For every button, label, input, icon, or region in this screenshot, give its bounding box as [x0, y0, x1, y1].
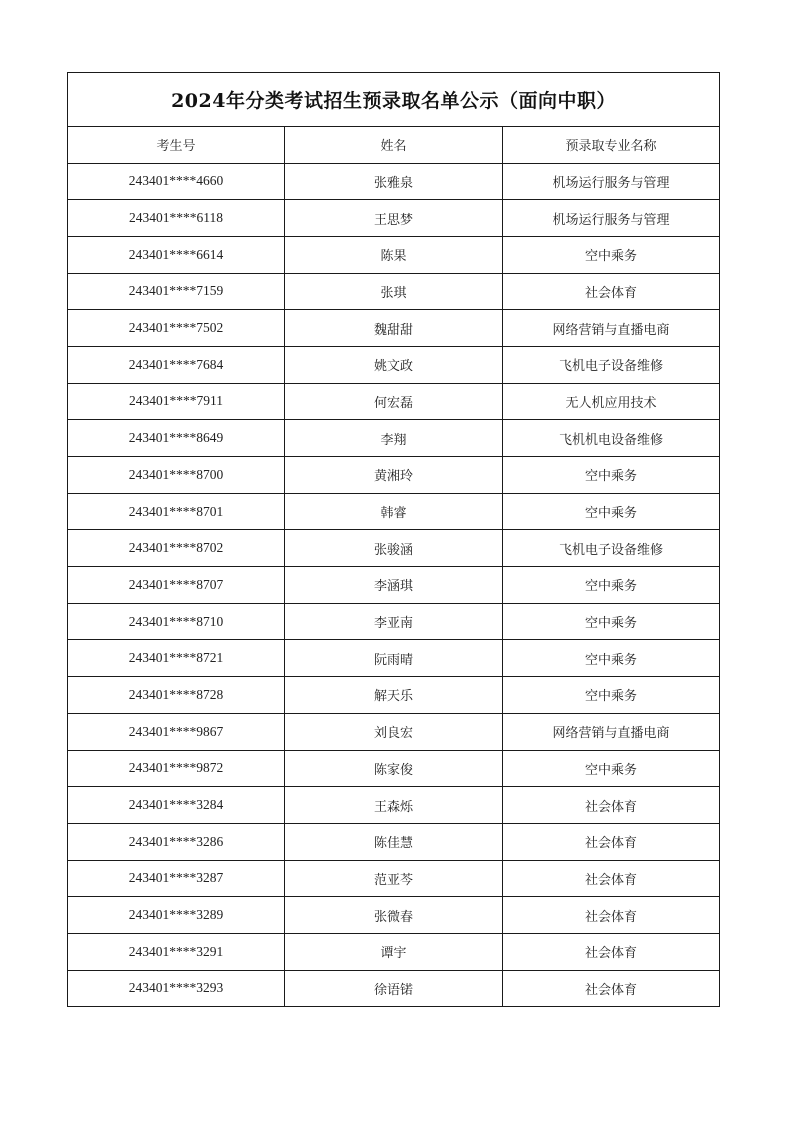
- table-row: 243401****8701韩睿空中乘务: [68, 493, 720, 530]
- student-name-cell: 李翔: [285, 420, 503, 457]
- student-name-cell: 阮雨晴: [285, 640, 503, 677]
- student-name-cell: 谭宇: [285, 933, 503, 970]
- table-row: 243401****8710李亚南空中乘务: [68, 603, 720, 640]
- major-cell: 空中乘务: [503, 493, 720, 530]
- major-cell: 网络营销与直播电商: [503, 713, 720, 750]
- exam-number-cell: 243401****3284: [68, 787, 285, 824]
- student-name-cell: 陈佳慧: [285, 823, 503, 860]
- major-cell: 社会体育: [503, 787, 720, 824]
- major-cell: 社会体育: [503, 970, 720, 1007]
- student-name-cell: 王思梦: [285, 200, 503, 237]
- exam-number-cell: 243401****7684: [68, 346, 285, 383]
- student-name-cell: 张骏涵: [285, 530, 503, 567]
- exam-number-cell: 243401****8721: [68, 640, 285, 677]
- major-cell: 空中乘务: [503, 750, 720, 787]
- student-name-cell: 黄湘玲: [285, 457, 503, 494]
- major-cell: 社会体育: [503, 860, 720, 897]
- student-name-cell: 李涵琪: [285, 567, 503, 604]
- exam-number-cell: 243401****7911: [68, 383, 285, 420]
- student-name-cell: 李亚南: [285, 603, 503, 640]
- major-cell: 网络营销与直播电商: [503, 310, 720, 347]
- exam-number-cell: 243401****8701: [68, 493, 285, 530]
- table-row: 243401****7159张琪社会体育: [68, 273, 720, 310]
- document-title: 2024年分类考试招生预录取名单公示（面向中职）: [68, 73, 720, 127]
- table-row: 243401****3284王森烁社会体育: [68, 787, 720, 824]
- table-row: 243401****6614陈果空中乘务: [68, 236, 720, 273]
- exam-number-cell: 243401****7502: [68, 310, 285, 347]
- major-cell: 空中乘务: [503, 567, 720, 604]
- table-row: 243401****9867刘良宏网络营销与直播电商: [68, 713, 720, 750]
- major-cell: 空中乘务: [503, 236, 720, 273]
- major-cell: 空中乘务: [503, 457, 720, 494]
- exam-number-cell: 243401****6614: [68, 236, 285, 273]
- student-name-cell: 王森烁: [285, 787, 503, 824]
- table-row: 243401****4660张雅泉机场运行服务与管理: [68, 163, 720, 200]
- table-row: 243401****7911何宏磊无人机应用技术: [68, 383, 720, 420]
- table-row: 243401****8721阮雨晴空中乘务: [68, 640, 720, 677]
- exam-number-cell: 243401****3289: [68, 897, 285, 934]
- student-name-cell: 范亚芩: [285, 860, 503, 897]
- student-name-cell: 何宏磊: [285, 383, 503, 420]
- major-cell: 空中乘务: [503, 603, 720, 640]
- exam-number-cell: 243401****3286: [68, 823, 285, 860]
- exam-number-cell: 243401****3291: [68, 933, 285, 970]
- major-cell: 空中乘务: [503, 677, 720, 714]
- student-name-cell: 徐语锘: [285, 970, 503, 1007]
- student-name-cell: 姚文政: [285, 346, 503, 383]
- table-row: 243401****8700黄湘玲空中乘务: [68, 457, 720, 494]
- exam-number-cell: 243401****3287: [68, 860, 285, 897]
- exam-number-cell: 243401****8728: [68, 677, 285, 714]
- student-name-cell: 张琪: [285, 273, 503, 310]
- student-name-cell: 陈果: [285, 236, 503, 273]
- table-row: 243401****3293徐语锘社会体育: [68, 970, 720, 1007]
- column-header-name: 姓名: [285, 127, 503, 164]
- student-name-cell: 解天乐: [285, 677, 503, 714]
- student-name-cell: 陈家俊: [285, 750, 503, 787]
- admission-table: 2024年分类考试招生预录取名单公示（面向中职） 考生号 姓名 预录取专业名称 …: [67, 72, 720, 1007]
- major-cell: 机场运行服务与管理: [503, 163, 720, 200]
- exam-number-cell: 243401****6118: [68, 200, 285, 237]
- exam-number-cell: 243401****3293: [68, 970, 285, 1007]
- major-cell: 空中乘务: [503, 640, 720, 677]
- major-cell: 社会体育: [503, 823, 720, 860]
- table-row: 243401****3286陈佳慧社会体育: [68, 823, 720, 860]
- table-row: 243401****9872陈家俊空中乘务: [68, 750, 720, 787]
- table-body: 243401****4660张雅泉机场运行服务与管理243401****6118…: [68, 163, 720, 1007]
- exam-number-cell: 243401****4660: [68, 163, 285, 200]
- exam-number-cell: 243401****8700: [68, 457, 285, 494]
- table-row: 243401****7684姚文政飞机电子设备维修: [68, 346, 720, 383]
- student-name-cell: 韩睿: [285, 493, 503, 530]
- exam-number-cell: 243401****9872: [68, 750, 285, 787]
- major-cell: 社会体育: [503, 897, 720, 934]
- table-row: 243401****8707李涵琪空中乘务: [68, 567, 720, 604]
- major-cell: 飞机机电设备维修: [503, 420, 720, 457]
- major-cell: 社会体育: [503, 273, 720, 310]
- table-row: 243401****6118王思梦机场运行服务与管理: [68, 200, 720, 237]
- student-name-cell: 魏甜甜: [285, 310, 503, 347]
- table-row: 243401****8728解天乐空中乘务: [68, 677, 720, 714]
- student-name-cell: 张雅泉: [285, 163, 503, 200]
- major-cell: 飞机电子设备维修: [503, 346, 720, 383]
- table-row: 243401****8702张骏涵飞机电子设备维修: [68, 530, 720, 567]
- student-name-cell: 张微春: [285, 897, 503, 934]
- exam-number-cell: 243401****7159: [68, 273, 285, 310]
- exam-number-cell: 243401****8710: [68, 603, 285, 640]
- column-header-major: 预录取专业名称: [503, 127, 720, 164]
- table-row: 243401****3289张微春社会体育: [68, 897, 720, 934]
- major-cell: 机场运行服务与管理: [503, 200, 720, 237]
- exam-number-cell: 243401****8702: [68, 530, 285, 567]
- table-row: 243401****8649李翔飞机机电设备维修: [68, 420, 720, 457]
- student-name-cell: 刘良宏: [285, 713, 503, 750]
- exam-number-cell: 243401****8649: [68, 420, 285, 457]
- header-row: 考生号 姓名 预录取专业名称: [68, 127, 720, 164]
- exam-number-cell: 243401****8707: [68, 567, 285, 604]
- major-cell: 社会体育: [503, 933, 720, 970]
- major-cell: 飞机电子设备维修: [503, 530, 720, 567]
- table-row: 243401****7502魏甜甜网络营销与直播电商: [68, 310, 720, 347]
- table-row: 243401****3291谭宇社会体育: [68, 933, 720, 970]
- major-cell: 无人机应用技术: [503, 383, 720, 420]
- column-header-exam-number: 考生号: [68, 127, 285, 164]
- exam-number-cell: 243401****9867: [68, 713, 285, 750]
- table-row: 243401****3287范亚芩社会体育: [68, 860, 720, 897]
- admission-list-sheet: 2024年分类考试招生预录取名单公示（面向中职） 考生号 姓名 预录取专业名称 …: [67, 72, 719, 1007]
- title-row: 2024年分类考试招生预录取名单公示（面向中职）: [68, 73, 720, 127]
